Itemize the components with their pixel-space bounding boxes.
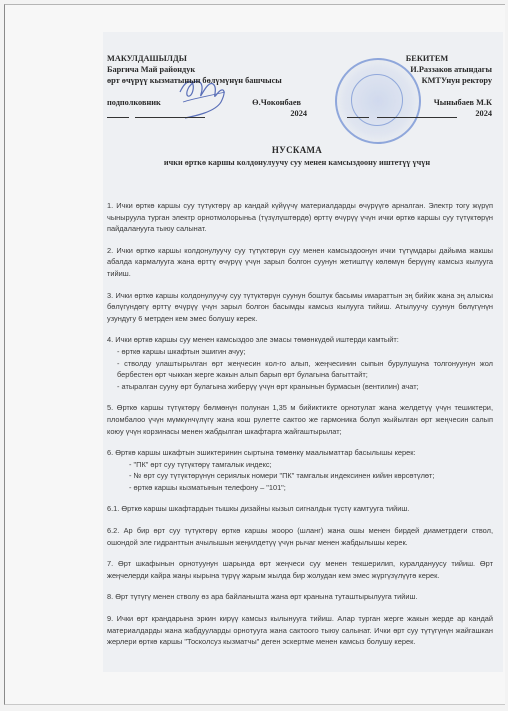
paragraph-2: 2. Ички өрткө каршы колдонулуучу суу түт… (107, 245, 493, 280)
paragraph-9: 9. Ички өрт крандарына эркин кирүү камсы… (107, 613, 493, 648)
list-item: - "ПК" өрт суу түтүктөрү тамгалык индекс… (107, 459, 493, 471)
agreed-org-line2: өрт өчүрүү кызматынын бөлүмүнүн башчысы (107, 75, 307, 86)
document-body: 1. Ички өрткө каршы суу түтүктөрү ар кан… (107, 200, 493, 658)
document-header: МАКУЛДАШЫЛДЫ Баргича Май райондук өрт өч… (107, 53, 487, 133)
list-item: - өрткө каршы кызматынын телефону – "101… (107, 482, 493, 494)
paragraph-8: 8. Өрт түтүгү менен стволу өз ара байлан… (107, 591, 493, 603)
paragraph-6: 6. Өрткө каршы шкафтын эшиктеринин сырты… (107, 447, 493, 493)
paragraph-1: 1. Ички өрткө каршы суу түтүктөрү ар кан… (107, 200, 493, 235)
list-item: - өрткө каршы шкафтын эшигин ачуу; (107, 346, 493, 358)
approved-sign-line: Чыныбаев М.К (322, 97, 492, 108)
date-month-blank (377, 108, 457, 118)
paragraph-4: 4. Ички өрткө каршы суу менен камсыздоо … (107, 334, 493, 392)
paragraph-4-intro: 4. Ички өрткө каршы суу менен камсыздоо … (107, 334, 493, 346)
approved-org-line2: КМТУнун ректору (322, 75, 492, 86)
agreed-position: подполковник (107, 98, 161, 107)
list-item: - атыралган сууну өрт булагына жиберүү ү… (107, 381, 493, 393)
approved-title: БЕКИТЕМ (322, 53, 492, 64)
list-item: - стволду улаштырылган өрт жеңчесин кол-… (107, 358, 493, 381)
paragraph-5: 5. Өрткө каршы түтүктөрү бөлмөнүн полуна… (107, 402, 493, 437)
approved-block: БЕКИТЕМ И.Раззаков атындагы КМТУнун рект… (322, 53, 492, 119)
paragraph-3: 3. Ички өрткө каршы колдонулуучу суу түт… (107, 290, 493, 325)
agreed-signer-name: Ө.Чоконбаев (252, 97, 301, 108)
list-item: - № өрт суу түтүктөрүнүн сериялык номери… (107, 470, 493, 482)
paragraph-6-2: 6.2. Ар бир өрт суу түтүктөрү өрткө карш… (107, 525, 493, 548)
date-day-blank (107, 108, 129, 118)
agreed-title: МАКУЛДАШЫЛДЫ (107, 53, 307, 64)
date-day-blank (347, 108, 369, 118)
agreed-org-line1: Баргича Май райондук (107, 64, 307, 75)
paragraph-6-1: 6.1. Өрткө каршы шкафтардын тышкы дизайн… (107, 503, 493, 515)
agreed-date-row: 2024 (107, 108, 307, 119)
agreed-year: 2024 (290, 108, 307, 119)
document-title: НУСКАМА (107, 145, 487, 155)
approved-date-row: 2024 (322, 108, 492, 119)
agreed-sign-line: подполковник Ө.Чоконбаев (107, 97, 307, 108)
approved-org-line1: И.Раззаков атындагы (322, 64, 492, 75)
approved-year: 2024 (475, 108, 492, 119)
agreed-block: МАКУЛДАШЫЛДЫ Баргича Май райондук өрт өч… (107, 53, 307, 119)
paragraph-6-intro: 6. Өрткө каршы шкафтын эшиктеринин сырты… (107, 447, 493, 459)
date-month-blank (135, 108, 205, 118)
paragraph-7: 7. Өрт шкафынын орнотуунун шарында өрт ж… (107, 558, 493, 581)
document-subtitle: ички өрткө каршы колдонулуучу суу менен … (107, 158, 487, 167)
approved-signer-name: Чыныбаев М.К (434, 97, 492, 108)
